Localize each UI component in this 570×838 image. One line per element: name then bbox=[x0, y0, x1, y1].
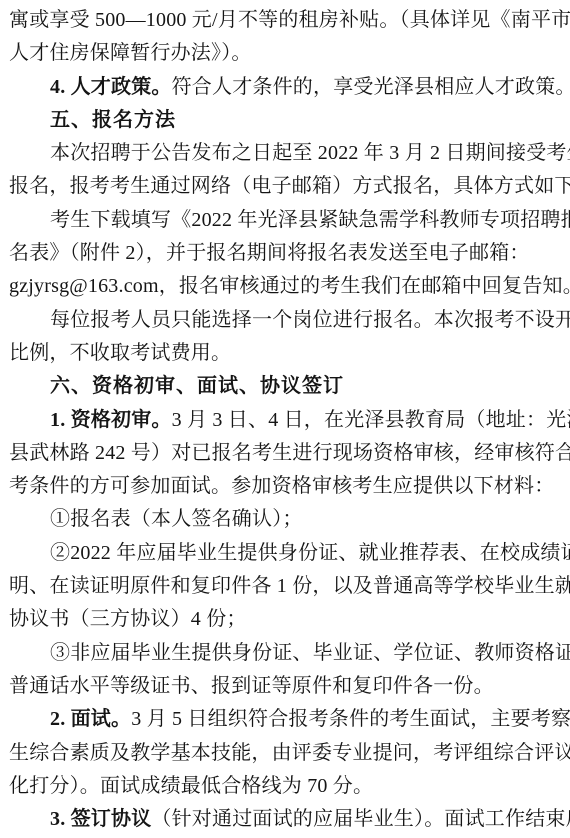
bold-lead-in-text: 1. 资格初审。 bbox=[50, 409, 172, 431]
body-text: ②2022 年应届毕业生提供身份证、就业推荐表、在校成绩证 bbox=[50, 542, 570, 564]
body-text: 人才住房保障暂行办法》）。 bbox=[9, 42, 252, 64]
body-text: 3 月 5 日组织符合报考条件的考生面试，主要考察考 bbox=[131, 708, 570, 730]
body-text: 比例，不收取考试费用。 bbox=[9, 342, 231, 364]
body-text: 普通话水平等级证书、报到证等原件和复印件各一份。 bbox=[9, 675, 494, 697]
text-line: 协议书（三方协议）4 份； bbox=[9, 603, 563, 636]
bold-lead-in-text: 2. 面试。 bbox=[50, 708, 131, 730]
text-line: 寓或享受 500—1000 元/月不等的租房补贴。（具体详见《南平市 bbox=[9, 4, 563, 37]
text-line: gzjyrsg@163.com，报名审核通过的考生我们在邮箱中回复告知。 bbox=[9, 270, 563, 303]
document-text-body: 寓或享受 500—1000 元/月不等的租房补贴。（具体详见《南平市人才住房保障… bbox=[9, 4, 563, 836]
text-line: 名表》（附件 2），并于报名期间将报名表发送至电子邮箱： bbox=[9, 237, 563, 270]
body-text: 本次招聘于公告发布之日起至 2022 年 3 月 2 日期间接受考生 bbox=[50, 142, 570, 164]
body-text: ①报名表（本人签名确认）； bbox=[50, 508, 303, 530]
text-line: 比例，不收取考试费用。 bbox=[9, 337, 563, 370]
text-line: 人才住房保障暂行办法》）。 bbox=[9, 37, 563, 70]
body-text: 符合人才条件的，享受光泽县相应人才政策。 bbox=[172, 76, 570, 98]
body-text: 化打分）。面试成绩最低合格线为 70 分。 bbox=[9, 775, 373, 797]
text-line: 本次招聘于公告发布之日起至 2022 年 3 月 2 日期间接受考生 bbox=[9, 137, 563, 170]
text-line: 3. 签订协议（针对通过面试的应届毕业生）。面试工作结束后， bbox=[9, 803, 563, 836]
body-text: ③非应届毕业生提供身份证、毕业证、学位证、教师资格证、 bbox=[50, 642, 570, 664]
body-text: 考生下载填写《2022 年光泽县紧缺急需学科教师专项招聘报 bbox=[50, 209, 570, 231]
text-line: 2. 面试。3 月 5 日组织符合报考条件的考生面试，主要考察考 bbox=[9, 703, 563, 736]
heading-text: 六、资格初审、面试、协议签订 bbox=[50, 375, 344, 397]
body-text: 3 月 3 日、4 日，在光泽县教育局（地址：光泽 bbox=[172, 409, 570, 431]
body-text: 明、在读证明原件和复印件各 1 份，以及普通高等学校毕业生就业 bbox=[9, 575, 570, 597]
body-text: 生综合素质及教学基本技能，由评委专业提问，考评组综合评议（量 bbox=[9, 742, 570, 764]
text-line: 生综合素质及教学基本技能，由评委专业提问，考评组综合评议（量 bbox=[9, 737, 563, 770]
document-page: 寓或享受 500—1000 元/月不等的租房补贴。（具体详见《南平市人才住房保障… bbox=[0, 0, 570, 838]
bold-lead-in-text: 4. 人才政策。 bbox=[50, 76, 172, 98]
body-text: 报名，报考考生通过网络（电子邮箱）方式报名，具体方式如下： bbox=[9, 175, 570, 197]
text-line: 明、在读证明原件和复印件各 1 份，以及普通高等学校毕业生就业 bbox=[9, 570, 563, 603]
section-heading: 五、报名方法 bbox=[9, 104, 563, 137]
body-text: 协议书（三方协议）4 份； bbox=[9, 608, 247, 630]
text-line: ②2022 年应届毕业生提供身份证、就业推荐表、在校成绩证 bbox=[9, 537, 563, 570]
body-text: 考条件的方可参加面试。参加资格审核考生应提供以下材料： bbox=[9, 475, 554, 497]
heading-text: 五、报名方法 bbox=[50, 109, 176, 131]
text-line: ①报名表（本人签名确认）； bbox=[9, 503, 563, 536]
text-line: 化打分）。面试成绩最低合格线为 70 分。 bbox=[9, 770, 563, 803]
text-line: ③非应届毕业生提供身份证、毕业证、学位证、教师资格证、 bbox=[9, 637, 563, 670]
text-line: 每位报考人员只能选择一个岗位进行报名。本次报考不设开考 bbox=[9, 304, 563, 337]
body-text: 县武林路 242 号）对已报名考生进行现场资格审核，经审核符合报 bbox=[9, 442, 570, 464]
text-line: 普通话水平等级证书、报到证等原件和复印件各一份。 bbox=[9, 670, 563, 703]
body-text: 每位报考人员只能选择一个岗位进行报名。本次报考不设开考 bbox=[50, 309, 570, 331]
bold-lead-in-text: 3. 签订协议 bbox=[50, 808, 151, 830]
text-line: 1. 资格初审。3 月 3 日、4 日，在光泽县教育局（地址：光泽 bbox=[9, 404, 563, 437]
body-text: 名表》（附件 2），并于报名期间将报名表发送至电子邮箱： bbox=[9, 242, 530, 264]
text-line: 4. 人才政策。符合人才条件的，享受光泽县相应人才政策。 bbox=[9, 71, 563, 104]
body-text: gzjyrsg@163.com，报名审核通过的考生我们在邮箱中回复告知。 bbox=[9, 275, 570, 297]
section-heading: 六、资格初审、面试、协议签订 bbox=[9, 370, 563, 403]
body-text: 寓或享受 500—1000 元/月不等的租房补贴。（具体详见《南平市 bbox=[9, 9, 570, 31]
text-line: 县武林路 242 号）对已报名考生进行现场资格审核，经审核符合报 bbox=[9, 437, 563, 470]
text-line: 报名，报考考生通过网络（电子邮箱）方式报名，具体方式如下： bbox=[9, 170, 563, 203]
text-line: 考条件的方可参加面试。参加资格审核考生应提供以下材料： bbox=[9, 470, 563, 503]
text-line: 考生下载填写《2022 年光泽县紧缺急需学科教师专项招聘报 bbox=[9, 204, 563, 237]
body-text: （针对通过面试的应届毕业生）。面试工作结束后， bbox=[151, 808, 570, 830]
